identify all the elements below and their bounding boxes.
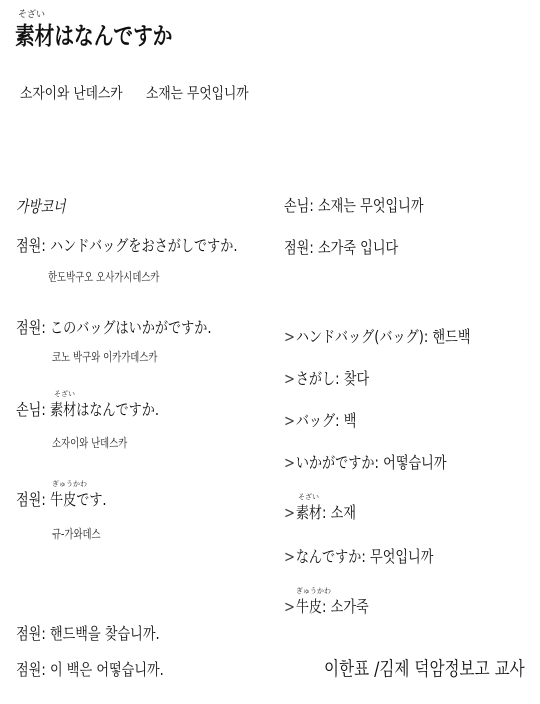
chevron-right-icon: > [284,411,295,431]
reading-text: 소자이와 난데스카 [52,436,127,451]
speaker-label: 손님: [16,400,46,419]
chevron-right-icon: > [284,547,295,567]
vocab-item: >なんですか: 무엇입니까 [284,547,433,567]
japanese-text: 素材はなんですか. [50,400,159,419]
dialogue-line: 점원: 牛皮です. [16,490,107,510]
vocab-item: >さがし: 찾다 [284,369,369,389]
vocab-term: ハンドバッグ(バッグ): [296,327,428,346]
vocab-item: >素材: 소재 [284,503,356,523]
reading-text: 규-가와데스 [52,527,101,542]
speaker-label: 점원: [284,238,314,257]
vocab-term: いかがですか: [296,453,379,472]
translation-text: 소재는 무엇입니까 [318,196,424,215]
chevron-right-icon: > [284,369,295,389]
japanese-text: 牛皮です. [50,490,107,509]
furigana: ぎゅうかわ [296,586,331,596]
translation-text: 이 백은 어떻습니까. [50,660,164,679]
vocab-meaning: 소가죽 [331,597,369,616]
vocab-item: >ハンドバッグ(バッグ): 핸드백 [284,327,470,347]
speaker-label: 점원: [16,490,46,509]
chevron-right-icon: > [284,327,295,347]
page-title: 素材はなんですか [15,22,172,50]
furigana: そざい [54,389,75,399]
title-reading: 소자이와 난데스카 [20,84,123,102]
reading-text: 코노 박구와 이카가데스카 [52,350,157,365]
vocab-item: >いかがですか: 어떻습니까 [284,453,447,473]
furigana: そざい [298,492,319,502]
section-label: 가방코너 [16,197,65,217]
dialogue-line: 점원: このバッグはいかがですか. [16,318,212,338]
translation-line: 점원: 핸드백을 찾습니까. [16,624,160,644]
translation-line: 손님: 소재는 무엇입니까 [284,196,424,216]
vocab-term: 素材: [296,503,327,522]
title-meaning: 소재는 무엇입니까 [146,84,249,102]
vocab-meaning: 무엇입니까 [370,547,433,566]
chevron-right-icon: > [284,503,295,523]
translation-line: 점원: 이 백은 어떻습니까. [16,660,164,680]
vocab-term: さがし: [296,369,340,388]
vocab-meaning: 백 [344,411,357,430]
furigana: ぎゅうかわ [52,479,87,489]
chevron-right-icon: > [284,597,295,617]
chevron-right-icon: > [284,453,295,473]
speaker-label: 손님: [284,196,314,215]
speaker-label: 점원: [16,660,46,679]
dialogue-line: 점원: ハンドバッグをおさがしですか. [16,236,238,256]
speaker-label: 점원: [16,624,46,643]
author-credit: 이한표 /김제 덕암정보고 교사 [324,658,525,680]
vocab-meaning: 어떻습니까 [383,453,446,472]
japanese-text: ハンドバッグをおさがしですか. [50,236,238,255]
vocab-item: >バッグ: 백 [284,411,356,431]
translation-text: 소가죽 입니다 [318,238,398,257]
vocab-meaning: 소재 [331,503,356,522]
vocab-term: バッグ: [296,411,340,430]
translation-line: 점원: 소가죽 입니다 [284,238,398,258]
reading-text: 한도박구오 오사가시데스카 [48,270,159,285]
vocab-meaning: 핸드백 [432,327,470,346]
speaker-label: 점원: [16,236,46,255]
vocab-term: 牛皮: [296,597,327,616]
dialogue-line: 손님: 素材はなんですか. [16,400,159,420]
vocab-meaning: 찾다 [344,369,369,388]
title-furigana: そざい [18,10,45,20]
translation-text: 핸드백을 찾습니까. [50,624,160,643]
japanese-text: このバッグはいかがですか. [50,318,212,337]
vocab-item: >牛皮: 소가죽 [284,597,369,617]
speaker-label: 점원: [16,318,46,337]
vocab-term: なんですか: [296,547,366,566]
